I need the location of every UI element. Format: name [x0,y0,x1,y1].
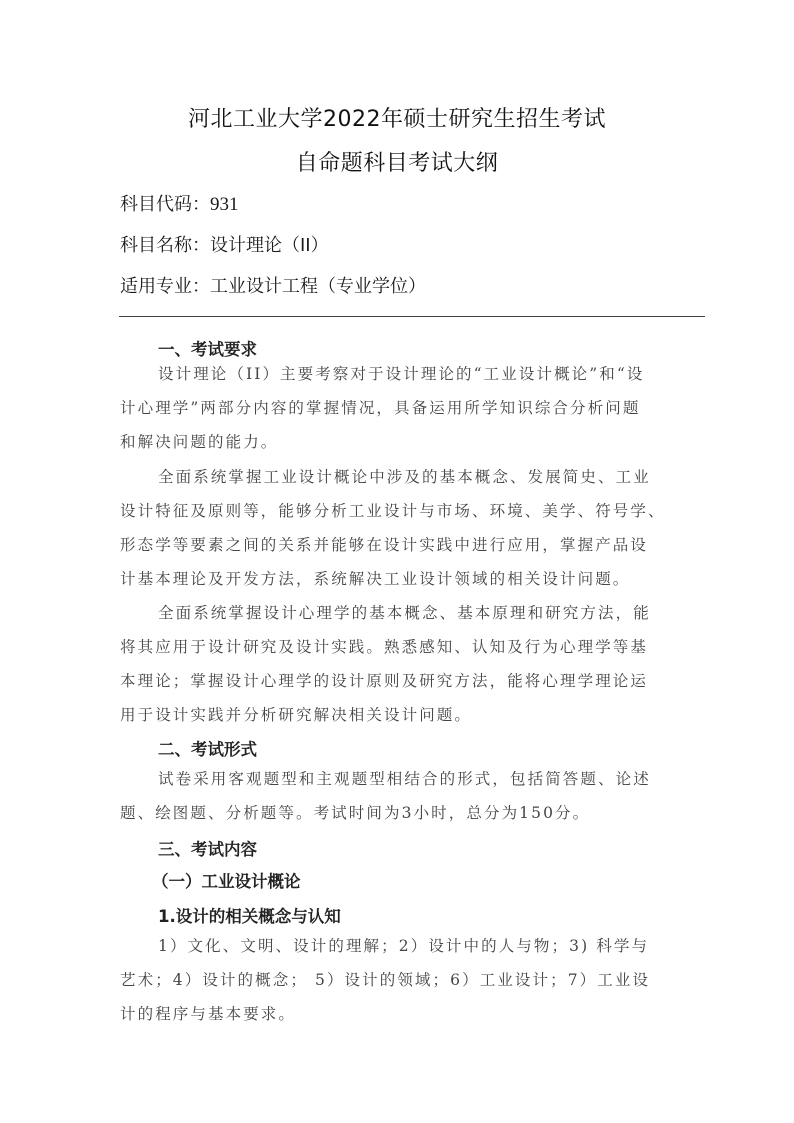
major-value: 工业设计工程（专业学位） [210,276,426,297]
major-row: 适用专业：工业设计工程（专业学位） [120,272,426,298]
text-line: 将其应用于设计研究及设计实践。熟悉感知、认知及行为心理学等基 [120,630,675,664]
document-title-line2: 自命题科目考试大纲 [0,146,794,177]
requirements-paragraph-1: 设计理论（II）主要考察对于设计理论的“工业设计概论”和“设 计心理学”两部分内… [120,357,675,459]
header-divider [119,316,705,317]
subject-code-value: 931 [210,194,239,215]
subject-code-label: 科目代码： [120,194,210,215]
requirements-paragraph-3: 全面系统掌握设计心理学的基本概念、基本原理和研究方法，能 将其应用于设计研究及设… [120,596,675,732]
requirements-paragraph-2: 全面系统掌握工业设计概论中涉及的基本概念、发展简史、工业 设计特征及原则等，能够… [120,460,675,596]
subsubsection-heading-design-concepts: 1.设计的相关概念与认知 [158,903,341,927]
section-heading-content: 三、考试内容 [158,836,257,860]
text-line: 题、绘图题、分析题等。考试时间为3小时，总分为150分。 [120,796,675,830]
text-line: 形态学等要素之间的关系并能够在设计实践中进行应用，掌握产品设 [120,528,675,562]
format-paragraph: 试卷采用客观题型和主观题型相结合的形式，包括简答题、论述 题、绘图题、分析题等。… [120,762,675,830]
subsection-heading-industrial-design: （一）工业设计概论 [152,868,301,892]
text-line: 计心理学”两部分内容的掌握情况，具备运用所学知识综合分析问题 [120,391,675,425]
content-paragraph: 1）文化、文明、设计的理解；2）设计中的人与物；3) 科学与 艺术；4）设计的概… [120,929,675,1031]
text-line: 全面系统掌握工业设计概论中涉及的基本概念、发展简史、工业 [120,460,675,494]
text-line: 本理论；掌握设计心理学的设计原则及研究方法，能将心理学理论运 [120,664,675,698]
text-line: 1）文化、文明、设计的理解；2）设计中的人与物；3) 科学与 [120,929,675,963]
text-line: 用于设计实践并分析研究解决相关设计问题。 [120,698,675,732]
text-line: 计的程序与基本要求。 [120,997,675,1031]
text-line: 全面系统掌握设计心理学的基本概念、基本原理和研究方法，能 [120,596,675,630]
subject-name-row: 科目名称：设计理论（II） [120,231,329,257]
text-line: 试卷采用客观题型和主观题型相结合的形式，包括简答题、论述 [120,762,675,796]
subject-code-row: 科目代码：931 [120,190,239,216]
document-title-line1: 河北工业大学2022年硕士研究生招生考试 [0,102,794,133]
text-line: 计基本理论及开发方法，系统解决工业设计领域的相关设计问题。 [120,562,675,596]
major-label: 适用专业： [120,276,210,297]
text-line: 艺术；4）设计的概念； 5）设计的领域；6）工业设计；7）工业设 [120,963,675,997]
subject-name-value: 设计理论（II） [210,235,329,256]
text-line: 和解决问题的能力。 [120,425,675,459]
subject-name-label: 科目名称： [120,235,210,256]
text-line: 设计理论（II）主要考察对于设计理论的“工业设计概论”和“设 [120,357,675,391]
section-heading-format: 二、考试形式 [158,736,257,760]
text-line: 设计特征及原则等，能够分析工业设计与市场、环境、美学、符号学、 [120,494,675,528]
